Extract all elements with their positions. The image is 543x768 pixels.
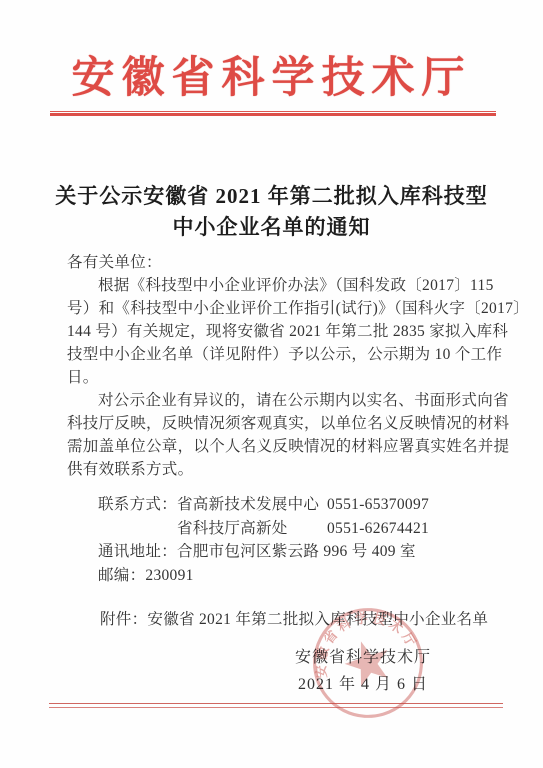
attachment-line: 附件：安徽省 2021 年第二批拟入库科技型中小企业名单 <box>100 608 487 631</box>
contact-phone: 0551-62674421 <box>327 517 429 541</box>
contact-block: 联系方式： 省高新技术发展中心 0551-65370097 省科技厅高新处 05… <box>98 493 487 587</box>
address-row: 通讯地址： 合肥市包河区紫云路 996 号 409 室 <box>98 540 487 564</box>
body-line: 对公示企业有异议的，请在公示期内以实名、书面形式向省 <box>67 389 487 412</box>
document-body: 各有关单位： 根据《科技型中小企业评价办法》（国科发政〔2017〕115 号）和… <box>67 251 487 631</box>
contact-label-spacer <box>98 517 177 541</box>
document-title: 关于公示安徽省 2021 年第二批拟入库科技型 中小企业名单的通知 <box>30 181 513 243</box>
address-label: 通讯地址： <box>98 540 177 564</box>
body-line: 技型中小企业名单（详见附件）予以公示，公示期为 10 个工作 <box>67 343 487 366</box>
salutation: 各有关单位： <box>67 251 487 274</box>
postcode-value: 230091 <box>145 564 193 588</box>
body-line: 号）和《科技型中小企业评价工作指引(试行)》（国科火字〔2017〕 <box>67 297 487 320</box>
body-line: 根据《科技型中小企业评价办法》（国科发政〔2017〕115 <box>67 274 487 297</box>
letterhead-title: 安徽省科学技术厅 <box>0 44 543 105</box>
body-line: 144 号）有关规定，现将安徽省 2021 年第二批 2835 家拟入库科 <box>67 320 487 343</box>
postcode-label: 邮编： <box>98 564 145 588</box>
document-title-line2: 中小企业名单的通知 <box>30 212 513 243</box>
contact-phone: 0551-65370097 <box>327 493 429 517</box>
body-line: 日。 <box>67 366 487 389</box>
contact-row: 省科技厅高新处 0551-62674421 <box>98 517 487 541</box>
contact-org: 省高新技术发展中心 <box>177 493 327 517</box>
letterhead-rule <box>50 111 496 117</box>
address-value: 合肥市包河区紫云路 996 号 409 室 <box>177 540 416 564</box>
postcode-row: 邮编： 230091 <box>98 564 487 588</box>
document-title-line1: 关于公示安徽省 2021 年第二批拟入库科技型 <box>30 181 513 212</box>
star-icon <box>340 634 396 689</box>
body-line: 需加盖单位公章，以个人名义反映情况的材料应署真实姓名并提 <box>67 435 487 458</box>
contact-org: 省科技厅高新处 <box>177 517 327 541</box>
body-line: 供有效联系方式。 <box>67 458 487 481</box>
footer-rule <box>49 703 503 708</box>
contact-row: 联系方式： 省高新技术发展中心 0551-65370097 <box>98 493 487 517</box>
body-line: 科技厅反映，反映情况须客观真实，以单位名义反映情况的材料 <box>67 412 487 435</box>
contact-label: 联系方式： <box>98 493 177 517</box>
document-page: 安徽省科学技术厅 关于公示安徽省 2021 年第二批拟入库科技型 中小企业名单的… <box>0 0 543 768</box>
